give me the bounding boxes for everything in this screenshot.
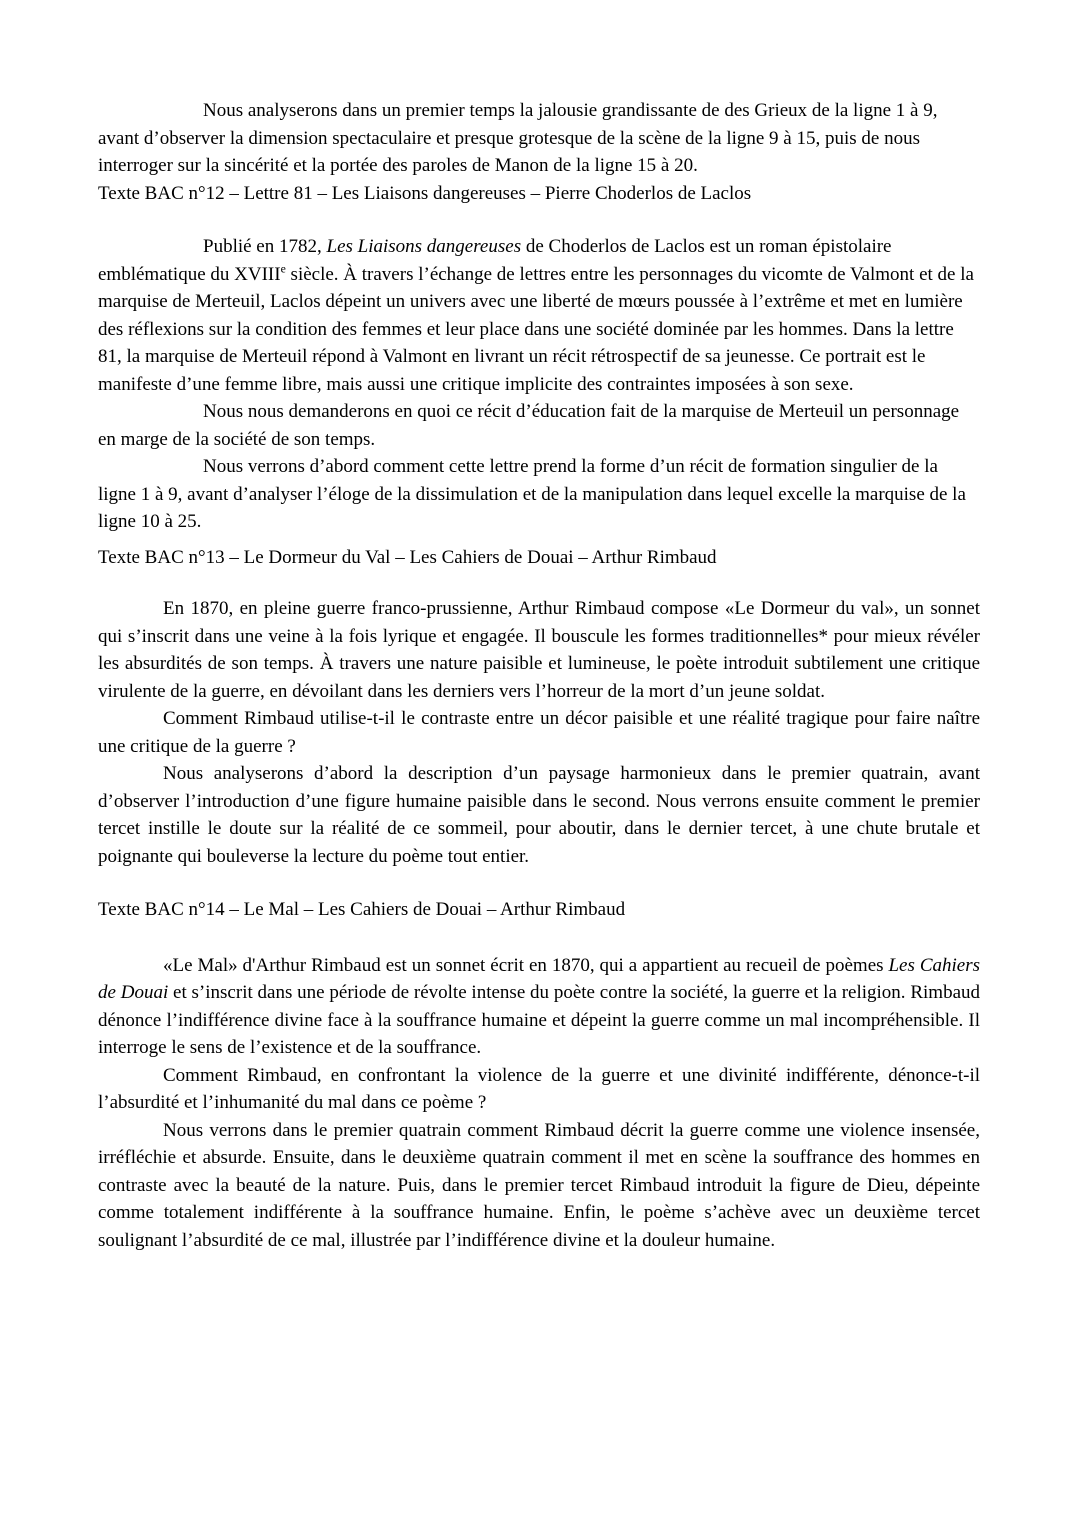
text-run: En 1870, en pleine guerre franco-prussie… (98, 598, 980, 702)
paragraph-dormeur-intro: En 1870, en pleine guerre franco-prussie… (98, 595, 980, 705)
text-run: «Le Mal» d'Arthur Rimbaud est un sonnet … (163, 955, 888, 976)
text-run: Nous analyserons d’abord la description … (98, 763, 980, 867)
text-run: Nous verrons d’abord comment cette lettr… (98, 456, 966, 532)
paragraph-dormeur-problematique: Comment Rimbaud utilise-t-il le contrast… (98, 705, 980, 760)
heading-text: Texte BAC n°13 – Le Dormeur du Val – Les… (98, 547, 717, 568)
text-run: Comment Rimbaud, en confrontant la viole… (98, 1065, 980, 1114)
heading-text: Texte BAC n°14 – Le Mal – Les Cahiers de… (98, 899, 625, 920)
paragraph-laclos-intro: Publié en 1782, Les Liaisons dangereuses… (98, 233, 980, 398)
heading-text: Texte BAC n°12 – Lettre 81 – Les Liaison… (98, 183, 751, 204)
paragraph-manon-analysis-plan: Nous analyserons dans un premier temps l… (98, 97, 980, 180)
paragraph-mal-plan: Nous verrons dans le premier quatrain co… (98, 1117, 980, 1255)
paragraph-laclos-problematique: Nous nous demanderons en quoi ce récit d… (98, 398, 980, 453)
italic-title-run: Les Liaisons dangereuses (327, 236, 522, 257)
text-run: Nous verrons dans le premier quatrain co… (98, 1120, 980, 1251)
heading-texte-bac-13: Texte BAC n°13 – Le Dormeur du Val – Les… (98, 544, 980, 572)
text-run: Comment Rimbaud utilise-t-il le contrast… (98, 708, 980, 757)
document-page: Nous analyserons dans un premier temps l… (0, 0, 1080, 1528)
paragraph-mal-intro: «Le Mal» d'Arthur Rimbaud est un sonnet … (98, 952, 980, 1062)
text-run: Nous nous demanderons en quoi ce récit d… (98, 401, 959, 450)
text-run: Nous analyserons dans un premier temps l… (98, 100, 937, 176)
paragraph-dormeur-plan: Nous analyserons d’abord la description … (98, 760, 980, 870)
paragraph-mal-problematique: Comment Rimbaud, en confrontant la viole… (98, 1062, 980, 1117)
heading-texte-bac-14: Texte BAC n°14 – Le Mal – Les Cahiers de… (98, 896, 980, 924)
heading-texte-bac-12: Texte BAC n°12 – Lettre 81 – Les Liaison… (98, 180, 980, 208)
paragraph-laclos-plan: Nous verrons d’abord comment cette lettr… (98, 453, 980, 536)
text-run: Publié en 1782, (203, 236, 327, 257)
text-run: et s’inscrit dans une période de révolte… (98, 982, 980, 1058)
